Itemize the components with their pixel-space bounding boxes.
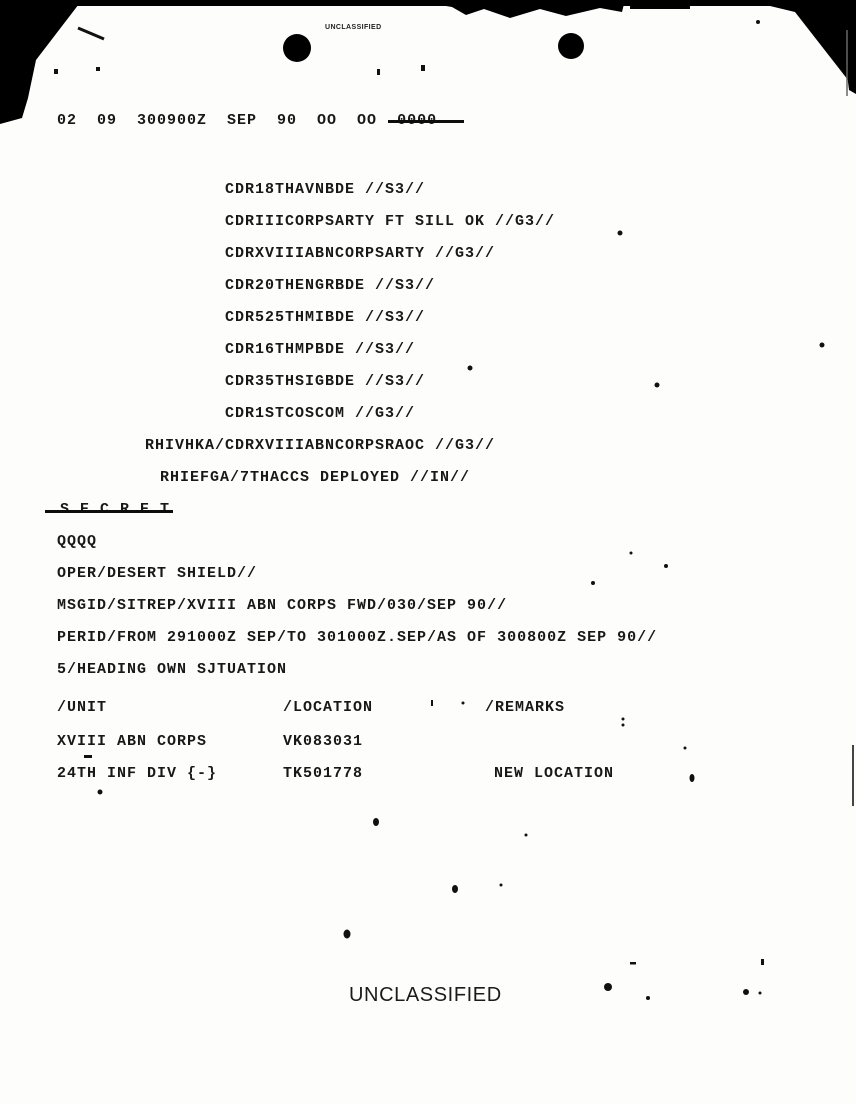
scan-speck bbox=[630, 552, 633, 555]
scan-speck bbox=[373, 818, 379, 826]
right-corner-shadow bbox=[768, 0, 856, 80]
addressee-line: CDR35THSIGBDE //S3// bbox=[225, 374, 425, 390]
cell-location: TK501778 bbox=[283, 766, 363, 782]
scan-speck bbox=[655, 383, 660, 388]
addressee-line: CDR16THMPBDE //S3// bbox=[225, 342, 415, 358]
scanned-message-page: UNCLASSIFIED 02 09 300900Z SEP 90 OO OO … bbox=[0, 0, 856, 1104]
top-classification-label: UNCLASSIFIED bbox=[325, 24, 382, 31]
scan-speck bbox=[421, 65, 425, 71]
scan-speck bbox=[54, 69, 58, 74]
body-line: QQQQ bbox=[57, 534, 97, 550]
dtg-struck-group: 0000 bbox=[397, 113, 437, 129]
addressee-line: CDR18THAVNBDE //S3// bbox=[225, 182, 425, 198]
scan-speck bbox=[344, 930, 351, 939]
cell-remarks: NEW LOCATION bbox=[494, 766, 614, 782]
footer-classification-label: UNCLASSIFIED bbox=[349, 984, 502, 1007]
scan-speck bbox=[622, 724, 625, 727]
body-line: 5/HEADING OWN SJTUATION bbox=[57, 662, 287, 678]
routing-line: RHIVHKA/CDRXVIIIABNCORPSRAOC //G3// bbox=[145, 438, 495, 454]
addressee-line: CDRIIICORPSARTY FT SILL OK //G3// bbox=[225, 214, 555, 230]
cell-unit: XVIII ABN CORPS bbox=[57, 734, 207, 750]
body-line: MSGID/SITREP/XVIII ABN CORPS FWD/030/SEP… bbox=[57, 598, 507, 614]
dtg-text: 02 09 300900Z SEP 90 OO OO bbox=[57, 112, 397, 129]
table-header-unit: /UNIT bbox=[57, 700, 107, 716]
scan-speck bbox=[98, 790, 103, 795]
top-edge-blob bbox=[630, 0, 690, 9]
cell-unit: 24TH INF DIV {-} bbox=[57, 766, 217, 782]
scan-artifacts bbox=[0, 0, 856, 1104]
scan-speck bbox=[452, 885, 458, 893]
scan-speck bbox=[630, 962, 636, 965]
scan-speck bbox=[604, 983, 612, 991]
scan-speck bbox=[591, 581, 595, 585]
addressee-line: CDR525THMIBDE //S3// bbox=[225, 310, 425, 326]
scan-speck bbox=[431, 700, 433, 706]
table-header-remarks: /REMARKS bbox=[485, 700, 565, 716]
secret-classification-struck: S E C R E T bbox=[60, 502, 170, 518]
scan-speck bbox=[690, 774, 695, 782]
body-line: PERID/FROM 291000Z SEP/TO 301000Z.SEP/AS… bbox=[57, 630, 657, 646]
scan-speck bbox=[525, 834, 528, 837]
table-header-location: /LOCATION bbox=[283, 700, 373, 716]
scan-speck bbox=[618, 231, 623, 236]
scan-speck bbox=[756, 20, 760, 24]
top-edge-strip bbox=[62, 0, 774, 6]
scan-speck bbox=[761, 959, 764, 965]
scan-speck bbox=[820, 343, 825, 348]
scan-speck bbox=[462, 702, 465, 705]
right-corner-tail bbox=[845, 58, 856, 94]
scan-speck bbox=[96, 67, 100, 71]
hole-punch-icon bbox=[558, 33, 584, 59]
scan-speck bbox=[84, 755, 92, 758]
routing-line: RHIEFGA/7THACCS DEPLOYED //IN// bbox=[160, 470, 470, 486]
left-corner-tick bbox=[78, 28, 104, 39]
scan-speck bbox=[500, 884, 503, 887]
cell-location: VK083031 bbox=[283, 734, 363, 750]
addressee-line: CDR20THENGRBDE //S3// bbox=[225, 278, 435, 294]
secret-text: S E C R E T bbox=[60, 502, 170, 518]
scan-speck bbox=[646, 996, 650, 1000]
hole-punch-icon bbox=[283, 34, 311, 62]
scan-speck bbox=[468, 366, 473, 371]
addressee-line: CDR1STCOSCOM //G3// bbox=[225, 406, 415, 422]
top-edge-tear bbox=[438, 0, 625, 18]
left-corner-shadow bbox=[0, 0, 82, 124]
scan-speck bbox=[377, 69, 380, 75]
addressee-line: CDRXVIIIABNCORPSARTY //G3// bbox=[225, 246, 495, 262]
scan-speck bbox=[684, 747, 687, 750]
body-line: OPER/DESERT SHIELD// bbox=[57, 566, 257, 582]
scan-speck bbox=[622, 718, 625, 721]
dtg-header-line: 02 09 300900Z SEP 90 OO OO 0000 bbox=[57, 113, 437, 129]
scan-speck bbox=[759, 992, 762, 995]
scan-speck bbox=[743, 989, 749, 995]
scan-speck bbox=[664, 564, 668, 568]
